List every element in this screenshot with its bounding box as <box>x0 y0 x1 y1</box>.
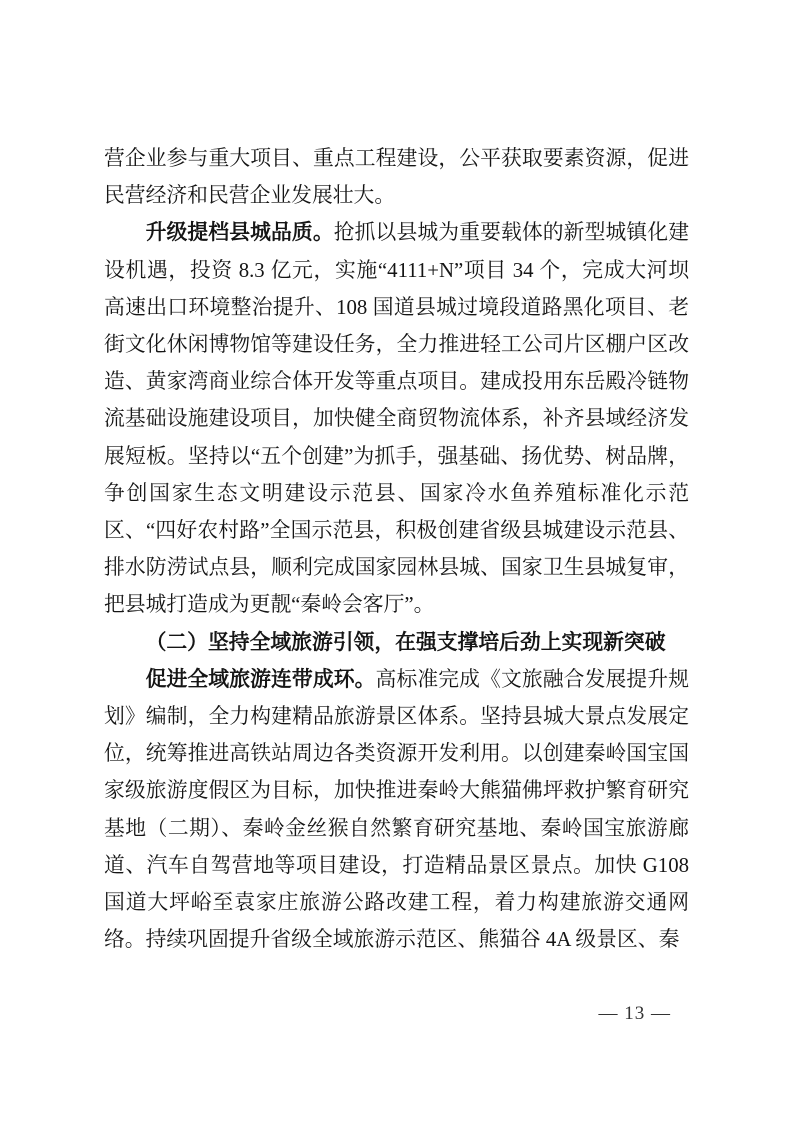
section-heading-two: （二）坚持全域旅游引领，在强支撑培后劲上实现新突破 <box>104 624 689 661</box>
document-body: 营企业参与重大项目、重点工程建设，公平获取要素资源，促进民营经济和民营企业发展壮… <box>104 140 689 958</box>
bold-text-run: （二）坚持全域旅游引领，在强支撑培后劲上实现新突破 <box>146 631 666 654</box>
document-page: 营企业参与重大项目、重点工程建设，公平获取要素资源，促进民营经济和民营企业发展壮… <box>0 0 793 1122</box>
paragraph-all-region-tourism: 促进全域旅游连带成环。高标准完成《文旅融合发展提升规划》编制，全力构建精品旅游景… <box>104 661 689 959</box>
text-run: 抢抓以县城为重要载体的新型城镇化建设机遇，投资 8.3 亿元，实施“4111+N… <box>104 221 689 616</box>
bold-text-run: 促进全域旅游连带成环。 <box>146 668 376 691</box>
paragraph-private-economy-continuation: 营企业参与重大项目、重点工程建设，公平获取要素资源，促进民营经济和民营企业发展壮… <box>104 140 689 214</box>
page-number: — 13 — <box>599 1003 672 1024</box>
paragraph-county-town-quality: 升级提档县城品质。抢抓以县城为重要载体的新型城镇化建设机遇，投资 8.3 亿元，… <box>104 214 689 623</box>
page-footer: — 13 — <box>599 1003 672 1025</box>
bold-text-run: 升级提档县城品质。 <box>146 221 334 244</box>
text-run: 高标准完成《文旅融合发展提升规划》编制，全力构建精品旅游景区体系。坚持县城大景点… <box>104 668 689 951</box>
text-run: 营企业参与重大项目、重点工程建设，公平获取要素资源，促进民营经济和民营企业发展壮… <box>104 147 689 207</box>
